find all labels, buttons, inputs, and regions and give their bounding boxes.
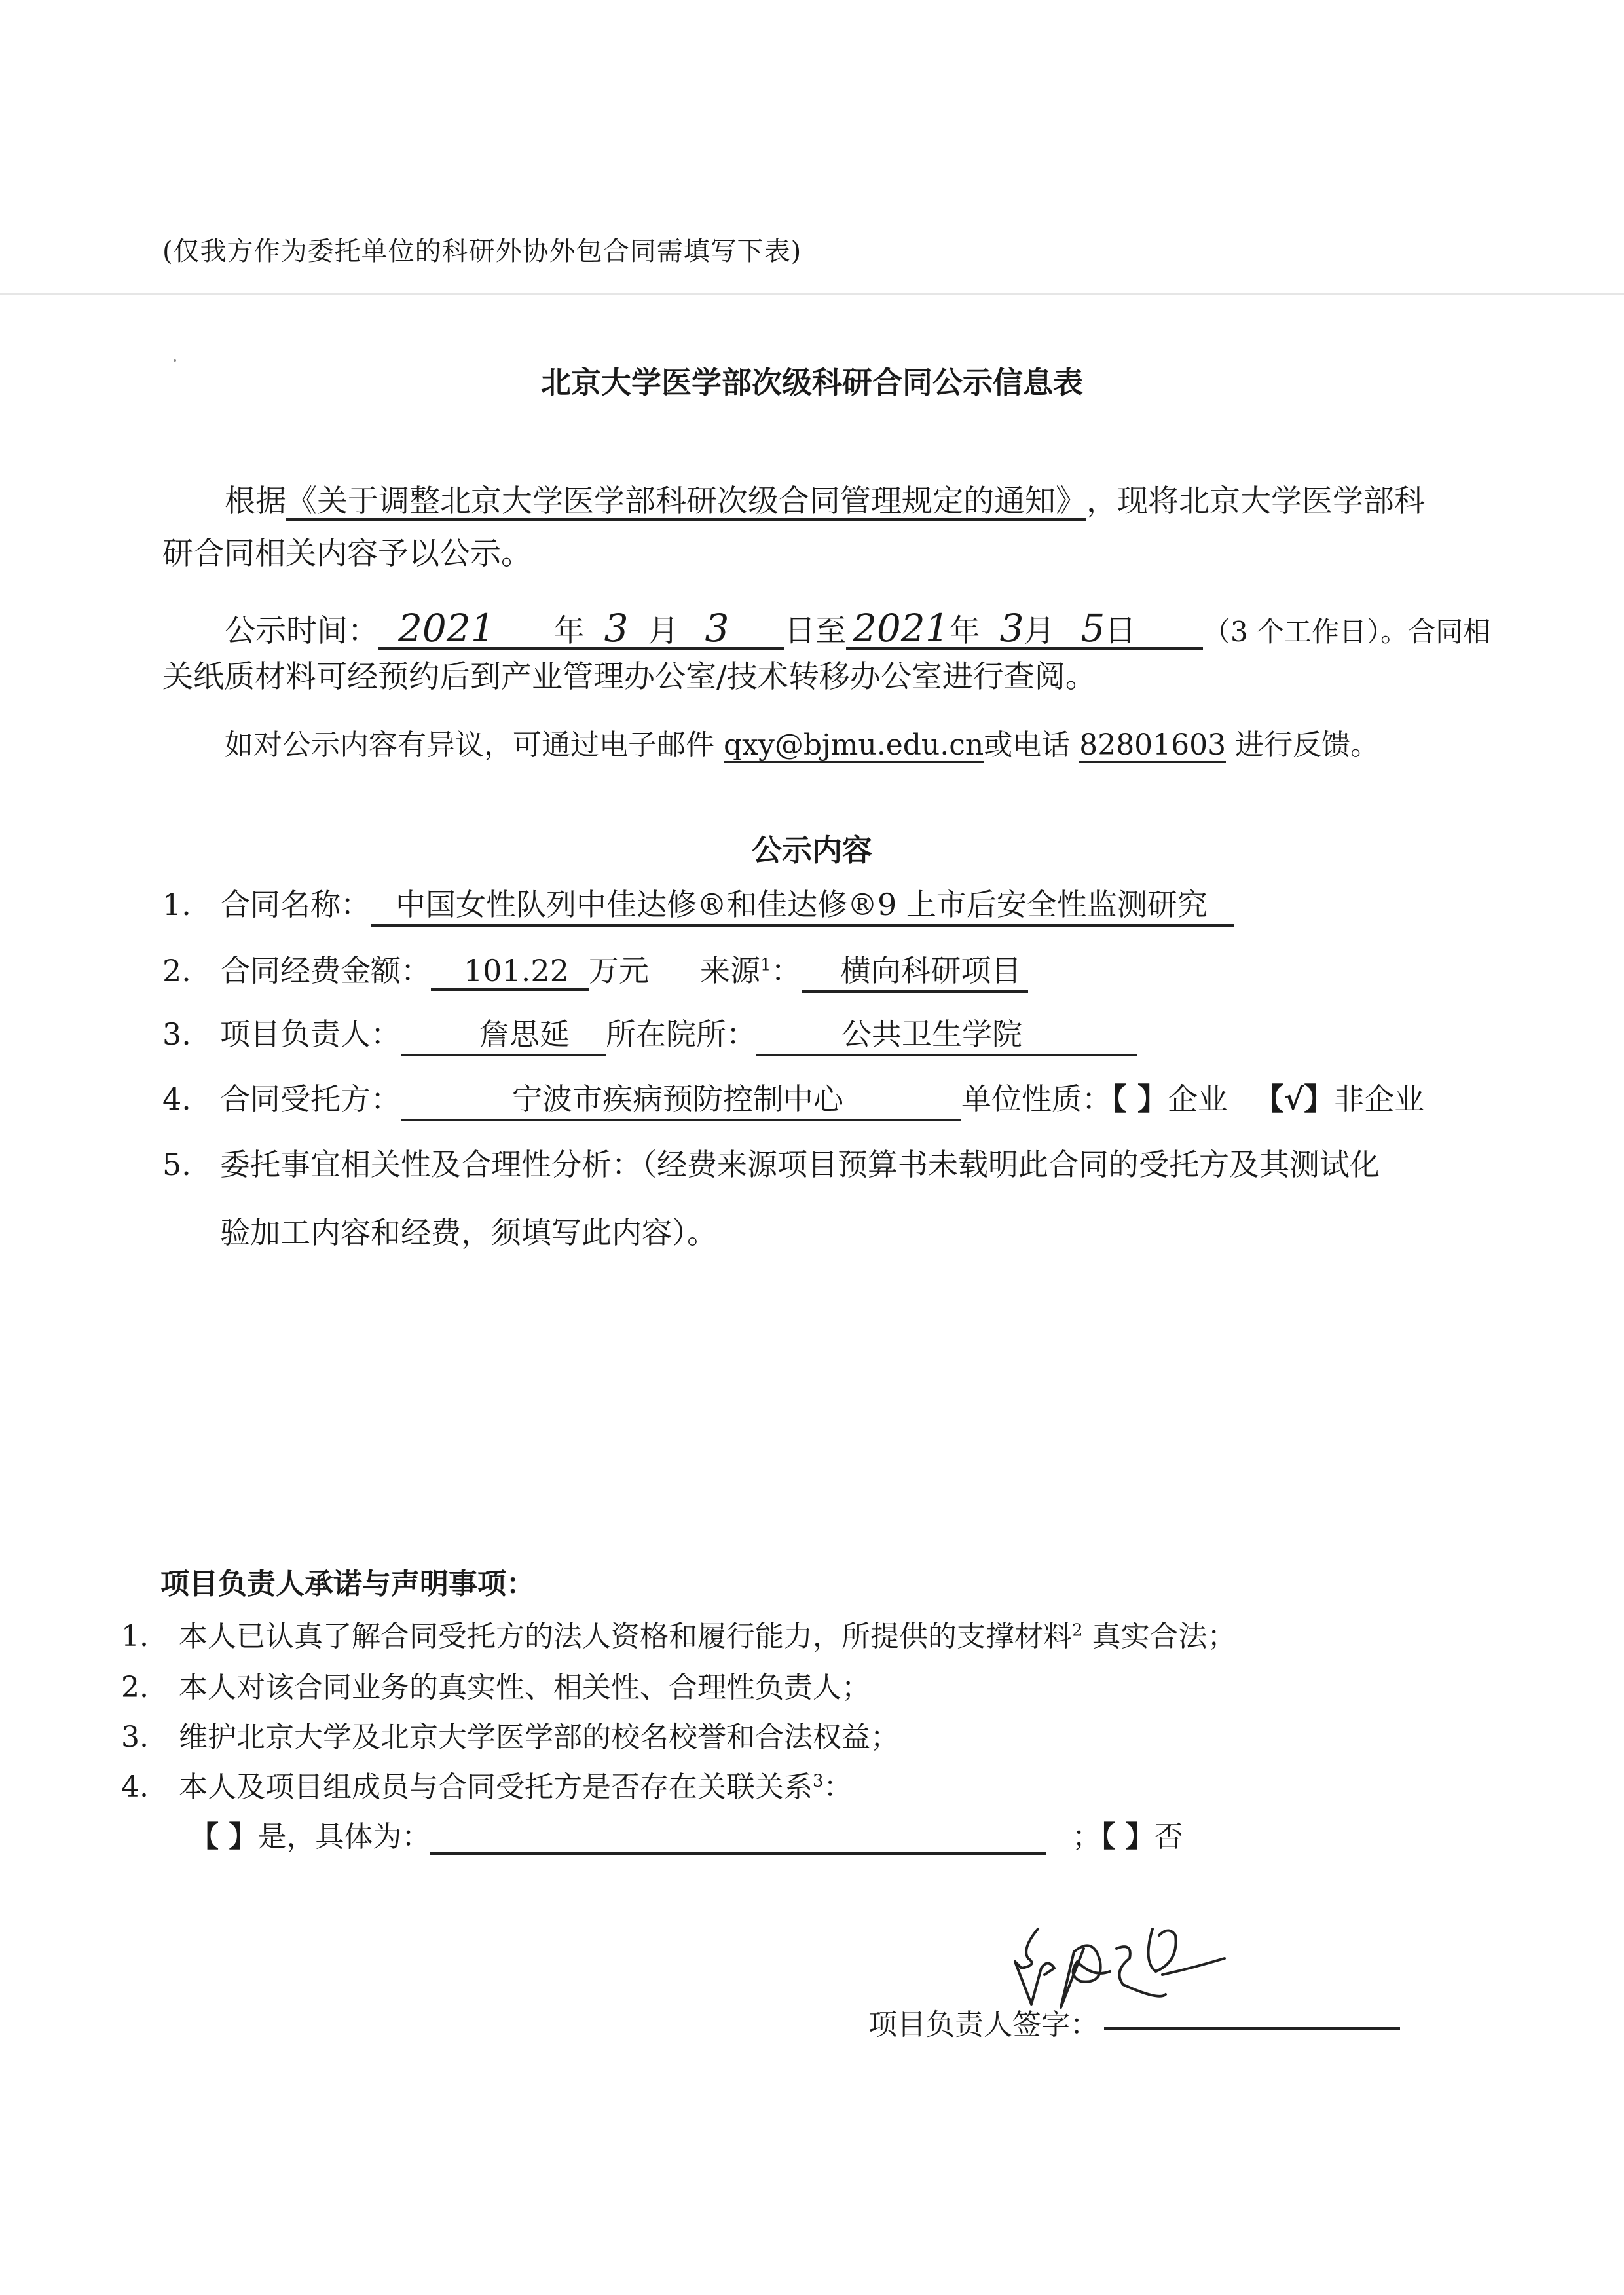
period-line-2: 关纸质材料可经预约后到产业管理办公室/技术转移办公室进行查阅。 — [162, 662, 1096, 692]
source-label: 来源 — [700, 953, 760, 988]
leader-value: 詹思延 — [401, 1011, 606, 1056]
feedback-suffix: 进行反馈。 — [1226, 728, 1379, 762]
start-day: 3 — [705, 609, 729, 647]
intro-suffix: ，现将北京大学医学部科 — [1086, 483, 1425, 519]
intro-line-1: 根据《关于调整北京大学医学部科研次级合同管理规定的通知》，现将北京大学医学部科 — [225, 486, 1425, 521]
item-contract-name: 1.合同名称：中国女性队列中佳达修®和佳达修®9 上市后安全性监测研究 — [162, 881, 1234, 927]
analysis-line-1: 委托事宜相关性及合理性分析：（经费来源项目预算书未载明此合同的受托方及其测试化 — [220, 1147, 1380, 1182]
scan-edge-divider — [0, 293, 1624, 295]
unit-type-label: 单位性质： — [961, 1081, 1112, 1117]
analysis-line-2: 验加工内容和经费，须填写此内容）。 — [220, 1209, 717, 1252]
declaration-item-2: 2.本人对该合同业务的真实性、相关性、合理性负责人； — [121, 1664, 870, 1706]
item-analysis: 5.委托事宜相关性及合理性分析：（经费来源项目预算书未载明此合同的受托方及其测试… — [162, 1141, 1380, 1184]
notice-link[interactable]: 《关于调整北京大学医学部科研次级合同管理规定的通知》 — [286, 486, 1086, 521]
handwritten-signature — [1002, 1922, 1421, 2027]
enterprise-checkbox[interactable]: 【 】 — [1112, 1081, 1168, 1117]
end-year: 2021 — [853, 609, 950, 647]
header-note: (仅我方作为委托单位的科研外协外包合同需填写下表) — [162, 231, 802, 268]
amount-value: 101.22 — [431, 953, 589, 991]
feedback-phone[interactable]: 82801603 — [1079, 731, 1226, 763]
dept-label: 所在院所： — [606, 1017, 756, 1052]
footnote-2: 2 — [1072, 1620, 1083, 1640]
non-enterprise-label: 非企业 — [1334, 1081, 1424, 1117]
relation-no-checkbox[interactable]: 【 】 — [1101, 1820, 1154, 1854]
non-enterprise-checkbox[interactable]: 【√】 — [1254, 1081, 1334, 1117]
item-trustee: 4.合同受托方：宁波市疾病预防控制中心单位性质：【 】企业【√】非企业 — [162, 1075, 1424, 1121]
to-text: 日至 — [784, 613, 846, 649]
declaration-item-3: 3.维护北京大学及北京大学医学部的校名校誉和合法权益； — [121, 1713, 899, 1755]
end-date-field[interactable]: 2021年3月5日 — [846, 609, 1203, 650]
declaration-title: 项目负责人承诺与声明事项： — [160, 1560, 535, 1602]
amount-label: 合同经费金额： — [220, 953, 431, 988]
declaration-item-1: 1.本人已认真了解合同受托方的法人资格和履行能力，所提供的支撑材料2 真实合法； — [121, 1613, 1236, 1654]
content-section-title: 公示内容 — [0, 827, 1624, 870]
intro-line-2: 研合同相关内容予以公示。 — [162, 538, 532, 569]
enterprise-label: 企业 — [1168, 1081, 1228, 1117]
signature-field[interactable] — [1104, 2027, 1400, 2030]
relation-yes-label: 是，具体为： — [257, 1820, 430, 1854]
contract-name-label: 合同名称： — [220, 887, 371, 922]
source-value: 横向科研项目 — [802, 947, 1028, 993]
relation-line: 【 】是，具体为：；【 】否 — [190, 1813, 1183, 1855]
intro-prefix: 根据 — [225, 483, 286, 519]
trustee-value: 宁波市疾病预防控制中心 — [401, 1075, 961, 1121]
start-date-field[interactable]: 2021年3月3 — [378, 609, 784, 650]
item-leader: 3.项目负责人：詹思延所在院所：公共卫生学院 — [162, 1011, 1137, 1056]
period-note: （3 个工作日）。合同相 — [1203, 616, 1490, 648]
period-label: 公示时间： — [225, 613, 378, 649]
relation-no-label: 否 — [1154, 1820, 1183, 1854]
feedback-email-link[interactable]: qxy@bjmu.edu.cn — [724, 731, 984, 763]
amount-unit: 万元 — [589, 953, 649, 988]
start-year: 2021 — [398, 609, 495, 647]
item-amount: 2.合同经费金额：101.22万元来源1：横向科研项目 — [162, 947, 1028, 993]
end-month: 3 — [1000, 609, 1024, 647]
leader-label: 项目负责人： — [220, 1017, 401, 1052]
analysis-input-area[interactable] — [220, 1258, 1464, 1520]
feedback-prefix: 如对公示内容有异议，可通过电子邮件 — [225, 728, 724, 762]
feedback-line: 如对公示内容有异议，可通过电子邮件 qxy@bjmu.edu.cn或电话 828… — [225, 731, 1379, 763]
page-title: 北京大学医学部次级科研合同公示信息表 — [0, 359, 1624, 402]
dept-value: 公共卫生学院 — [756, 1011, 1137, 1056]
footnote-1: 1 — [760, 956, 771, 975]
start-month: 3 — [604, 609, 629, 647]
relation-yes-checkbox[interactable]: 【 】 — [190, 1820, 257, 1854]
contract-name-value: 中国女性队列中佳达修®和佳达修®9 上市后安全性监测研究 — [371, 881, 1234, 927]
declaration-item-4: 4.本人及项目组成员与合同受托方是否存在关联关系3： — [121, 1763, 853, 1805]
trustee-label: 合同受托方： — [220, 1081, 401, 1117]
period-line-1: 公示时间：2021年3月3日至2021年3月5日（3 个工作日）。合同相 — [225, 609, 1490, 650]
footnote-3: 3 — [813, 1771, 824, 1791]
relation-detail-field[interactable] — [430, 1823, 1046, 1855]
end-day: 5 — [1081, 609, 1105, 647]
feedback-middle: 或电话 — [984, 728, 1079, 762]
